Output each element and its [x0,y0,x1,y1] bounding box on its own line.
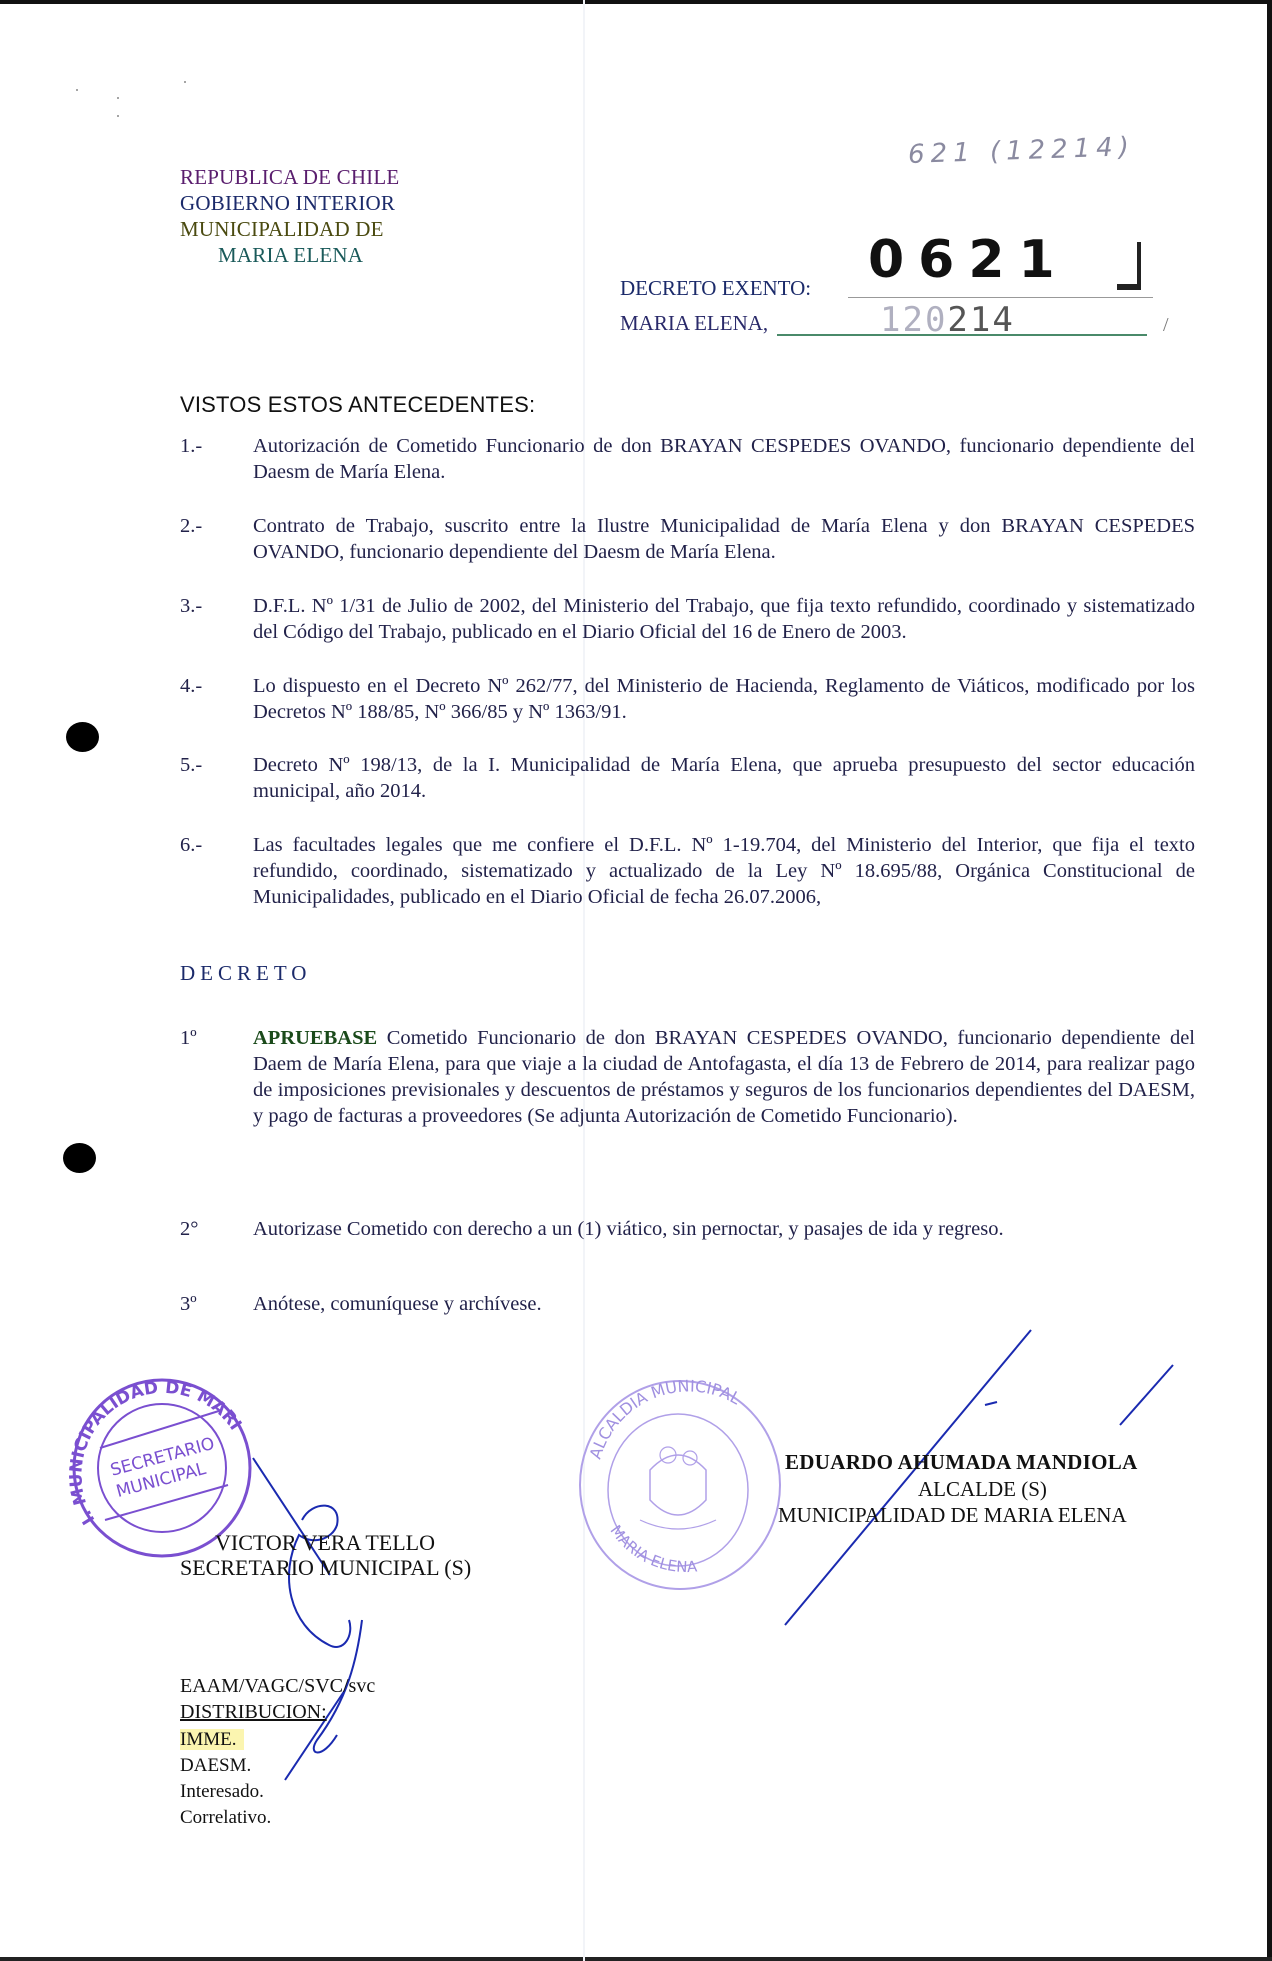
decree-date: 120214 [880,300,1015,340]
antecedent-item: 2.- Contrato de Trabajo, suscrito entre … [180,513,1195,565]
decree-number: 0621 [868,230,1069,290]
article-number: 2° [180,1216,198,1242]
mayor-name: EDUARDO AHUMADA MANDIOLA [785,1450,1138,1475]
item-number: 3.- [180,593,202,619]
article-number: 1º [180,1025,197,1051]
article-number: 3º [180,1291,197,1317]
scan-border-bottom [0,1957,1272,1961]
article-text: Anótese, comuníquese y archívese. [253,1291,1195,1317]
decree-article: 1º APRUEBASE Cometido Funcionario de don… [180,1025,1195,1129]
handwritten-note: 621 (12214) [908,132,1136,170]
scan-border-right [1267,0,1272,1961]
antecedent-item: 1.- Autorización de Cometido Funcionario… [180,433,1195,485]
punch-hole [63,1143,96,1173]
punch-hole [66,722,99,752]
distribution-title: DISTRIBUCION: [180,1701,327,1724]
secretary-name: VICTOR VERA TELLO [215,1530,435,1556]
header-line-city: MARIA ELENA [180,242,399,268]
item-text: Decreto Nº 198/13, de la I. Municipalida… [253,752,1195,804]
article-body: Cometido Funcionario de don BRAYAN CESPE… [253,1027,1195,1127]
mayor-stamp-ring-bottom: MARIA ELENA [607,1522,699,1576]
header-line-municipality: MUNICIPALIDAD DE [180,216,399,242]
date-faint-digits: 120 [880,300,947,340]
antecedent-item: 3.- D.F.L. Nº 1/31 de Julio de 2002, del… [180,593,1195,645]
article-keyword: APRUEBASE [253,1027,377,1049]
secretary-title: SECRETARIO MUNICIPAL (S) [180,1555,471,1581]
item-text: Autorización de Cometido Funcionario de … [253,433,1195,485]
decree-section-title: DECRETO [180,961,311,986]
item-text: Lo dispuesto en el Decreto Nº 262/77, de… [253,673,1195,725]
antecedents-title: VISTOS ESTOS ANTECEDENTES: [180,392,535,418]
item-number: 6.- [180,832,202,858]
scan-specks [76,81,186,117]
article-text: Autorizase Cometido con derecho a un (1)… [253,1216,1195,1242]
distribution-list: IMME. DAESM. Interesado. Correlativo. [180,1727,271,1831]
date-slash: / [1163,314,1169,337]
decree-exempt-label: DECRETO EXENTO: [620,276,811,301]
mayor-organization: MUNICIPALIDAD DE MARIA ELENA [778,1503,1127,1528]
stamp-center-line-2: MUNICIPAL [114,1459,209,1502]
stamp-center-line-1: SECRETARIO [108,1434,216,1481]
number-underline [848,297,1153,298]
item-number: 4.- [180,673,202,699]
item-text: Las facultades legales que me confiere e… [253,832,1195,910]
decree-article: 3º Anótese, comuníquese y archívese. [180,1291,1195,1317]
antecedent-item: 4.- Lo dispuesto en el Decreto Nº 262/77… [180,673,1195,725]
distribution-item: Interesado. [180,1779,271,1805]
distribution-item: DAESM. [180,1753,271,1779]
mayor-title: ALCALDE (S) [918,1477,1047,1502]
scan-border-top [0,0,1272,4]
item-text: D.F.L. Nº 1/31 de Julio de 2002, del Min… [253,593,1195,645]
page-fold-line [583,0,585,1961]
mayor-stamp-ring-top: ALCALDIA MUNICIPAL [586,1376,744,1461]
date-dark-digits: 214 [947,300,1014,340]
article-text: APRUEBASE Cometido Funcionario de don BR… [253,1025,1195,1129]
decree-article: 2° Autorizase Cometido con derecho a un … [180,1216,1195,1242]
header-line-republic: REPUBLICA DE CHILE [180,164,399,190]
header-line-government: GOBIERNO INTERIOR [180,190,399,216]
antecedent-item: 6.- Las facultades legales que me confie… [180,832,1195,910]
reference-initials: EAAM/VAGC/SVC/svc [180,1675,375,1698]
institution-header: REPUBLICA DE CHILE GOBIERNO INTERIOR MUN… [180,164,399,268]
item-number: 1.- [180,433,202,459]
distribution-item: Correlativo. [180,1805,271,1831]
mayor-stamp [580,1381,780,1589]
distribution-item: IMME. [180,1729,244,1750]
stamp-corner-mark [1117,242,1141,290]
antecedent-item: 5.- Decreto Nº 198/13, de la I. Municipa… [180,752,1195,804]
item-text: Contrato de Trabajo, suscrito entre la I… [253,513,1195,565]
item-number: 2.- [180,513,202,539]
item-number: 5.- [180,752,202,778]
place-label: MARIA ELENA, [620,311,768,336]
